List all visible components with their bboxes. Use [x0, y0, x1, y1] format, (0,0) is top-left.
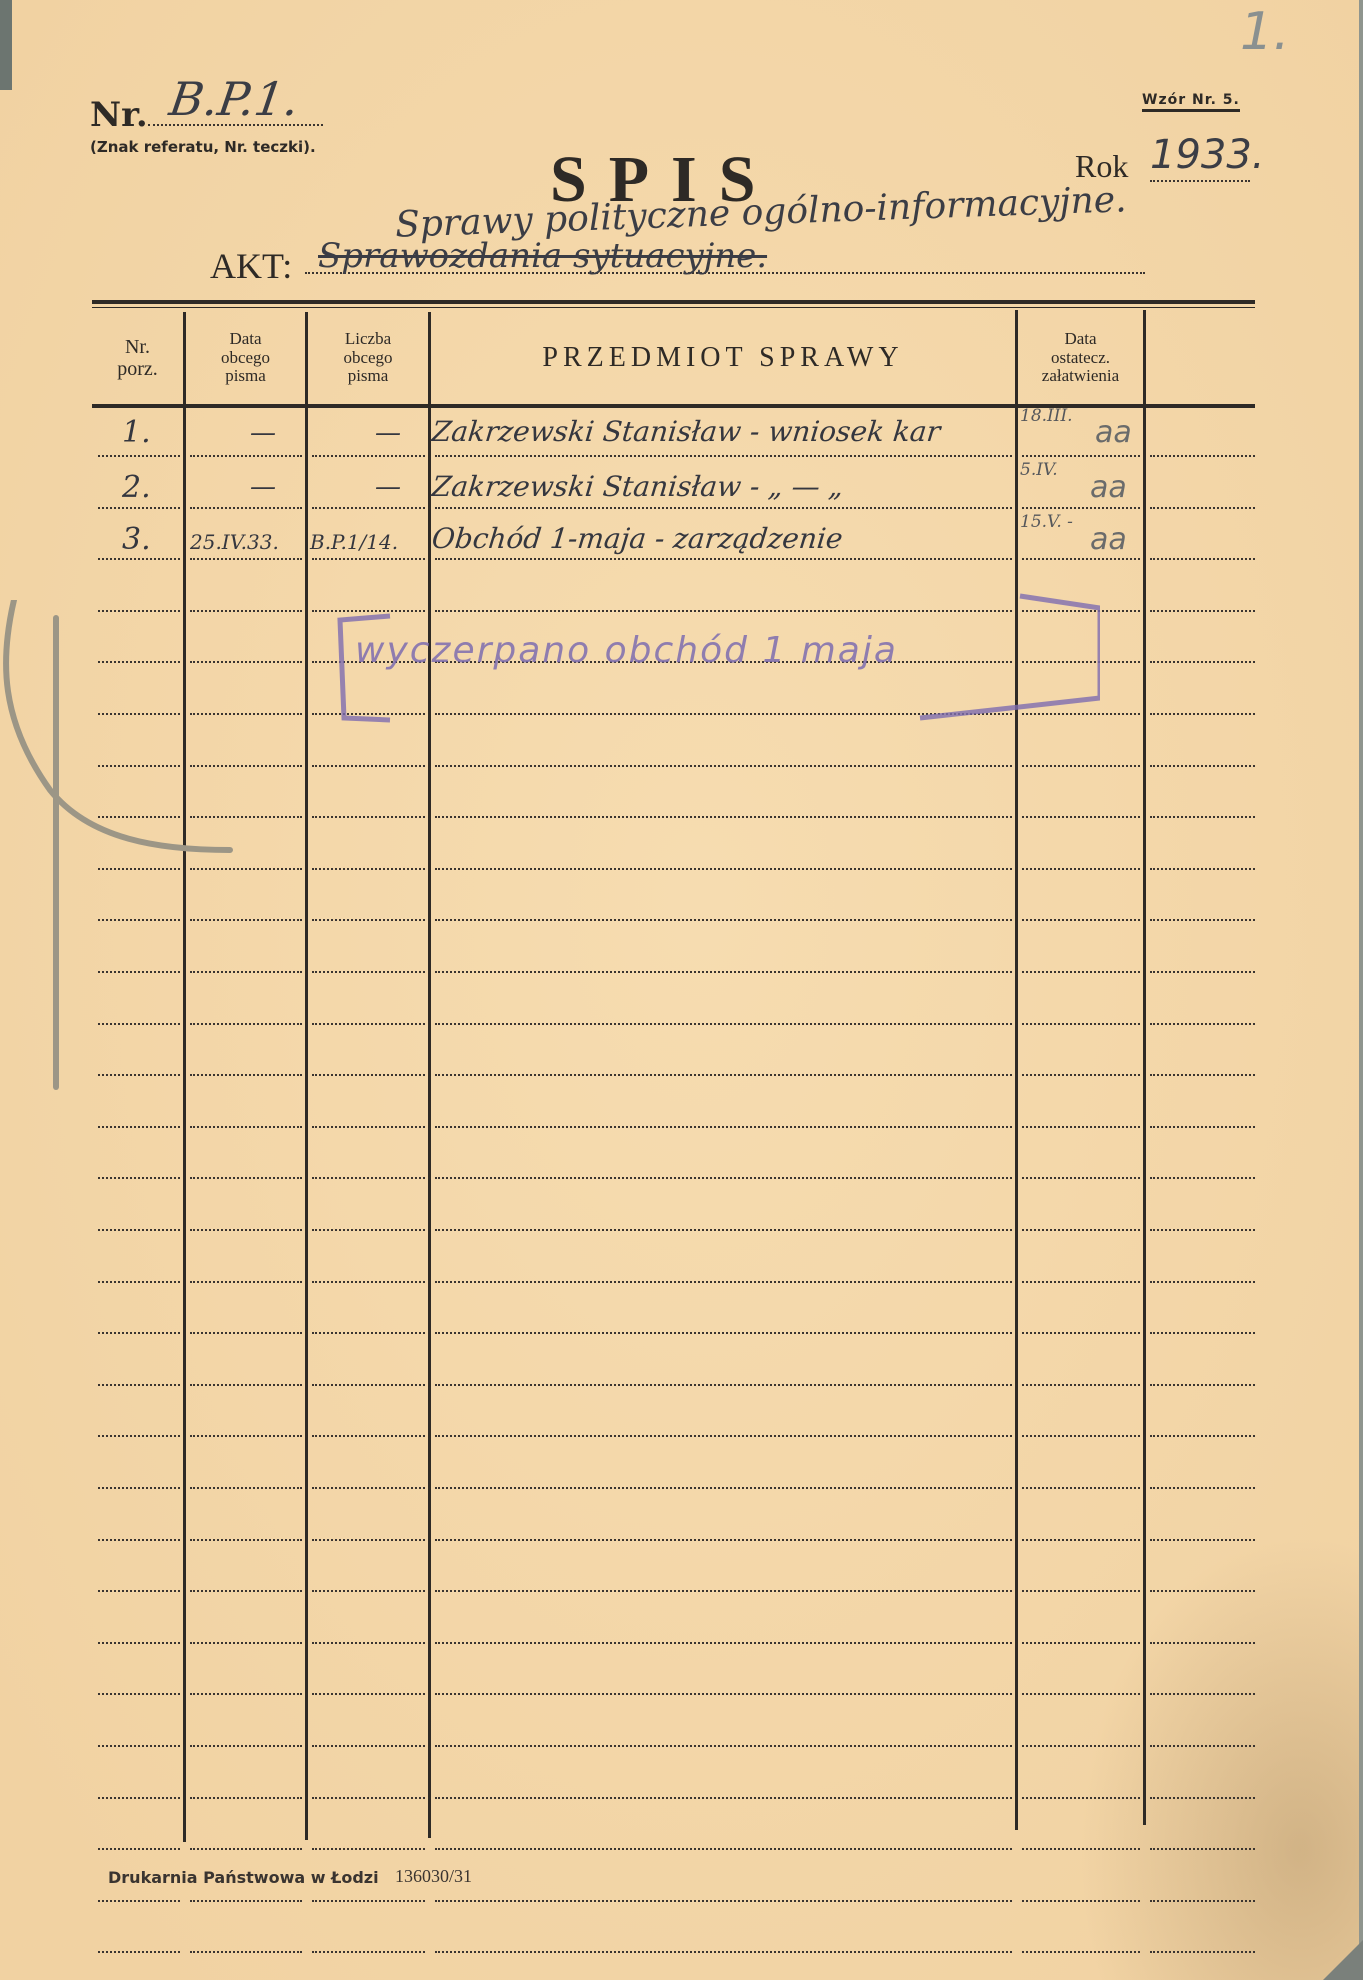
ruled-dotted-line	[190, 1900, 302, 1902]
column-divider-5	[1143, 310, 1146, 1825]
ruled-dotted-line	[190, 1023, 302, 1025]
ruled-dotted-line	[1150, 765, 1255, 767]
ruled-dotted-line	[190, 1848, 302, 1850]
ruled-dotted-line	[1022, 1177, 1140, 1179]
ruled-dotted-line	[190, 1281, 302, 1283]
ruled-dotted-line	[190, 1590, 302, 1592]
ruled-dotted-line	[190, 1384, 302, 1386]
ruled-dotted-line	[312, 1590, 425, 1592]
ruled-dotted-line	[190, 1539, 302, 1541]
ruled-dotted-line	[190, 507, 302, 509]
ruled-dotted-line	[312, 1745, 425, 1747]
header-nr-line2: porz.	[117, 358, 158, 380]
form-number: Wzór Nr. 5.	[1142, 92, 1240, 112]
ruled-dotted-line	[98, 1126, 180, 1128]
ruled-dotted-line	[435, 1177, 1012, 1179]
row-1-subject: Zakrzewski Stanisław - wniosek kar	[430, 415, 942, 448]
header-date-final-line1: Data	[1064, 329, 1096, 348]
row-1-initials: aa	[1095, 415, 1132, 450]
ruled-dotted-line	[435, 1487, 1012, 1489]
ruled-dotted-line	[1150, 1177, 1255, 1179]
ruled-dotted-line	[435, 1126, 1012, 1128]
ruled-dotted-line	[98, 868, 180, 870]
header-subject: PRZEDMIOT SPRAWY	[431, 312, 1015, 404]
ruled-dotted-line	[1022, 455, 1140, 457]
ruled-dotted-line	[98, 455, 180, 457]
header-number-foreign-line2: obcego	[343, 348, 392, 367]
stamp-text: wyczerpano obchód 1 maja	[355, 630, 898, 671]
ruled-dotted-line	[435, 1539, 1012, 1541]
ruled-dotted-line	[1150, 661, 1255, 663]
row-2-initials: aa	[1090, 470, 1127, 505]
ruled-dotted-line	[312, 1797, 425, 1799]
scan-corner	[1323, 1940, 1363, 1980]
ruled-dotted-line	[312, 1332, 425, 1334]
row-1-date-final: 18.III.	[1020, 406, 1073, 426]
ruled-dotted-line	[1022, 1332, 1140, 1334]
printer-imprint: Drukarnia Państwowa w Łodzi	[108, 1868, 379, 1887]
ruled-dotted-line	[435, 1281, 1012, 1283]
ruled-dotted-line	[435, 1590, 1012, 1592]
ruled-dotted-line	[1022, 1642, 1140, 1644]
row-3-date-foreign: 25.IV.33.	[190, 530, 279, 554]
row-3-initials: aa	[1090, 522, 1127, 557]
ruled-dotted-line	[1022, 1281, 1140, 1283]
ruled-dotted-line	[190, 1332, 302, 1334]
column-divider-2	[305, 312, 308, 1840]
ruled-dotted-line	[1150, 558, 1255, 560]
ruled-dotted-line	[1150, 1281, 1255, 1283]
ruled-dotted-line	[98, 1590, 180, 1592]
ruled-dotted-line	[312, 1281, 425, 1283]
ruled-dotted-line	[190, 919, 302, 921]
header-date-foreign-line2: obcego	[221, 348, 270, 367]
ruled-dotted-line	[312, 1951, 425, 1953]
ruled-dotted-line	[190, 1126, 302, 1128]
ruled-dotted-line	[435, 1848, 1012, 1850]
ruled-dotted-line	[1150, 1126, 1255, 1128]
ruled-dotted-line	[312, 1848, 425, 1850]
ruled-dotted-line	[1150, 713, 1255, 715]
ruled-dotted-line	[1022, 971, 1140, 973]
ruled-dotted-line	[98, 1177, 180, 1179]
ruled-dotted-line	[312, 765, 425, 767]
row-3-subject: Obchód 1-maja - zarządzenie	[430, 522, 844, 555]
scan-border-right	[1359, 0, 1363, 1980]
ruled-dotted-line	[1022, 816, 1140, 818]
ruled-dotted-line	[312, 1642, 425, 1644]
ruled-dotted-line	[312, 1074, 425, 1076]
nr-handwritten-value: B.P.1.	[166, 72, 302, 126]
ruled-dotted-line	[1022, 507, 1140, 509]
ruled-dotted-line	[1150, 971, 1255, 973]
header-nr: Nr.porz.	[92, 312, 183, 404]
year-dotted-line	[1150, 180, 1250, 182]
ruled-dotted-line	[312, 1229, 425, 1231]
ruled-dotted-line	[1150, 1848, 1255, 1850]
ruled-dotted-line	[98, 507, 180, 509]
row-1-nr: 1.	[122, 415, 151, 450]
ruled-dotted-line	[190, 1951, 302, 1953]
ruled-dotted-line	[98, 1848, 180, 1850]
ruled-dotted-line	[1022, 1487, 1140, 1489]
ruled-dotted-line	[435, 1332, 1012, 1334]
row-3-date-final: 15.V. -	[1020, 512, 1073, 532]
ruled-dotted-line	[98, 1332, 180, 1334]
ruled-dotted-line	[312, 1177, 425, 1179]
ruled-dotted-line	[435, 1435, 1012, 1437]
ruled-dotted-line	[190, 1487, 302, 1489]
ruled-dotted-line	[98, 1074, 180, 1076]
ruled-dotted-line	[190, 558, 302, 560]
ruled-dotted-line	[190, 1745, 302, 1747]
ruled-dotted-line	[190, 455, 302, 457]
ruled-dotted-line	[312, 1539, 425, 1541]
ruled-dotted-line	[1022, 1435, 1140, 1437]
ruled-dotted-line	[1022, 1229, 1140, 1231]
ruled-dotted-line	[1022, 1745, 1140, 1747]
row-1-date-foreign: —	[250, 418, 276, 448]
ruled-dotted-line	[1150, 1797, 1255, 1799]
ruled-dotted-line	[98, 919, 180, 921]
ruled-dotted-line	[312, 1435, 425, 1437]
ruled-dotted-line	[312, 868, 425, 870]
row-2-date-foreign: —	[250, 472, 276, 502]
ruled-dotted-line	[435, 971, 1012, 973]
ruled-dotted-line	[1022, 1951, 1140, 1953]
ruled-dotted-line	[312, 1900, 425, 1902]
ruled-dotted-line	[1022, 1693, 1140, 1695]
header-date-final: Dataostatecz.załatwienia	[1018, 312, 1143, 404]
ruled-dotted-line	[98, 971, 180, 973]
ruled-dotted-line	[1022, 1074, 1140, 1076]
ruled-dotted-line	[98, 1281, 180, 1283]
ruled-dotted-line	[435, 1074, 1012, 1076]
ruled-dotted-line	[1150, 816, 1255, 818]
ruled-dotted-line	[1150, 1074, 1255, 1076]
nr-label: Nr.	[90, 95, 148, 135]
header-date-foreign: Dataobcegopisma	[186, 312, 305, 404]
column-divider-1	[183, 312, 186, 1842]
ruled-dotted-line	[98, 1745, 180, 1747]
header-date-final-line2: ostatecz.	[1051, 348, 1110, 367]
page-corner-number: 1.	[1240, 2, 1290, 62]
column-divider-3	[428, 312, 431, 1838]
year-handwritten-value: 1933.	[1150, 132, 1265, 178]
ruled-dotted-line	[190, 1074, 302, 1076]
ruled-dotted-line	[1022, 1848, 1140, 1850]
ruled-dotted-line	[435, 919, 1012, 921]
ruled-dotted-line	[190, 971, 302, 973]
ruled-dotted-line	[190, 1642, 302, 1644]
ruled-dotted-line	[1022, 919, 1140, 921]
ruled-dotted-line	[1022, 868, 1140, 870]
ruled-dotted-line	[312, 816, 425, 818]
ruled-dotted-line	[1022, 558, 1140, 560]
ruled-dotted-line	[435, 1642, 1012, 1644]
ruled-dotted-line	[98, 1384, 180, 1386]
header-number-foreign-line3: pisma	[348, 366, 389, 385]
row-3-nr: 3.	[122, 522, 151, 557]
ruled-dotted-line	[435, 507, 1012, 509]
ruled-dotted-line	[190, 868, 302, 870]
table-top-rule	[92, 300, 1255, 304]
ruled-dotted-line	[190, 1177, 302, 1179]
ruled-dotted-line	[435, 765, 1012, 767]
header-date-foreign-line1: Data	[229, 329, 261, 348]
ruled-dotted-line	[435, 816, 1012, 818]
ruled-dotted-line	[98, 1797, 180, 1799]
ruled-dotted-line	[1022, 1126, 1140, 1128]
row-1-number-foreign: —	[375, 418, 401, 448]
ruled-dotted-line	[312, 558, 425, 560]
ruled-dotted-line	[1150, 610, 1255, 612]
ruled-dotted-line	[190, 1797, 302, 1799]
ruled-dotted-line	[1022, 765, 1140, 767]
header-date-foreign-line3: pisma	[225, 366, 266, 385]
header-bottom-rule	[92, 404, 1255, 408]
ruled-dotted-line	[1022, 1797, 1140, 1799]
ruled-dotted-line	[435, 1693, 1012, 1695]
ruled-dotted-line	[312, 1126, 425, 1128]
header-nr-line1: Nr.	[125, 336, 150, 358]
ruled-dotted-line	[98, 558, 180, 560]
ruled-dotted-line	[1022, 1590, 1140, 1592]
scan-border-left	[0, 0, 12, 90]
ruled-dotted-line	[312, 1023, 425, 1025]
ruled-dotted-line	[1150, 507, 1255, 509]
ruled-dotted-line	[1022, 1384, 1140, 1386]
ruled-dotted-line	[312, 1384, 425, 1386]
document-page	[0, 0, 1363, 1980]
akt-label: AKT:	[210, 245, 292, 287]
row-2-subject: Zakrzewski Stanisław - „ — „	[430, 470, 845, 503]
ruled-dotted-line	[190, 1229, 302, 1231]
header-subject-label: PRZEDMIOT SPRAWY	[542, 343, 903, 374]
ruled-dotted-line	[435, 1797, 1012, 1799]
ruled-dotted-line	[98, 1487, 180, 1489]
row-2-date-final: 5.IV.	[1020, 460, 1058, 480]
ruled-dotted-line	[1150, 868, 1255, 870]
ruled-dotted-line	[98, 1951, 180, 1953]
header-date-final-line3: załatwienia	[1042, 366, 1119, 385]
ruled-dotted-line	[312, 919, 425, 921]
ruled-dotted-line	[1150, 1539, 1255, 1541]
ruled-dotted-line	[1150, 1951, 1255, 1953]
ruled-dotted-line	[312, 1487, 425, 1489]
ruled-dotted-line	[312, 1693, 425, 1695]
ruled-dotted-line	[1150, 1693, 1255, 1695]
ruled-dotted-line	[435, 1229, 1012, 1231]
ruled-dotted-line	[435, 1023, 1012, 1025]
ruled-dotted-line	[1150, 1642, 1255, 1644]
table-top-rule-thin	[92, 307, 1255, 308]
akt-struck-value: Sprawozdania sytuacyjne.	[318, 236, 767, 276]
ruled-dotted-line	[1150, 919, 1255, 921]
ruled-dotted-line	[1150, 1332, 1255, 1334]
binding-string-loose	[0, 600, 240, 860]
print-number: 136030/31	[395, 1866, 472, 1887]
ruled-dotted-line	[1150, 1487, 1255, 1489]
ruled-dotted-line	[1150, 1023, 1255, 1025]
ruled-dotted-line	[435, 868, 1012, 870]
ruled-dotted-line	[312, 971, 425, 973]
column-divider-4	[1015, 310, 1018, 1830]
row-2-nr: 2.	[122, 470, 151, 505]
ruled-dotted-line	[435, 455, 1012, 457]
ruled-dotted-line	[98, 1539, 180, 1541]
ruled-dotted-line	[1150, 1900, 1255, 1902]
row-2-number-foreign: —	[375, 472, 401, 502]
ruled-dotted-line	[435, 1951, 1012, 1953]
ruled-dotted-line	[435, 1745, 1012, 1747]
ruled-dotted-line	[1150, 455, 1255, 457]
ruled-dotted-line	[98, 1642, 180, 1644]
ruled-dotted-line	[190, 1435, 302, 1437]
ruled-dotted-line	[1150, 1745, 1255, 1747]
row-3-number-foreign: B.P.1/14.	[310, 530, 398, 554]
ruled-dotted-line	[312, 455, 425, 457]
ruled-dotted-line	[312, 507, 425, 509]
ruled-dotted-line	[1022, 1539, 1140, 1541]
ruled-dotted-line	[190, 1693, 302, 1695]
ruled-dotted-line	[1150, 1590, 1255, 1592]
ruled-dotted-line	[98, 1023, 180, 1025]
ruled-dotted-line	[98, 1900, 180, 1902]
ruled-dotted-line	[98, 1229, 180, 1231]
ruled-dotted-line	[435, 1384, 1012, 1386]
ruled-dotted-line	[435, 1900, 1012, 1902]
ruled-dotted-line	[1150, 1384, 1255, 1386]
ruled-dotted-line	[1150, 1229, 1255, 1231]
header-number-foreign-line1: Liczba	[345, 329, 391, 348]
ruled-dotted-line	[98, 1693, 180, 1695]
nr-caption: (Znak referatu, Nr. teczki).	[90, 138, 316, 156]
ruled-dotted-line	[1150, 1435, 1255, 1437]
ruled-dotted-line	[98, 1435, 180, 1437]
ruled-dotted-line	[1022, 1900, 1140, 1902]
ruled-dotted-line	[1022, 1023, 1140, 1025]
header-number-foreign: Liczbaobcegopisma	[308, 312, 428, 404]
ruled-dotted-line	[435, 558, 1012, 560]
